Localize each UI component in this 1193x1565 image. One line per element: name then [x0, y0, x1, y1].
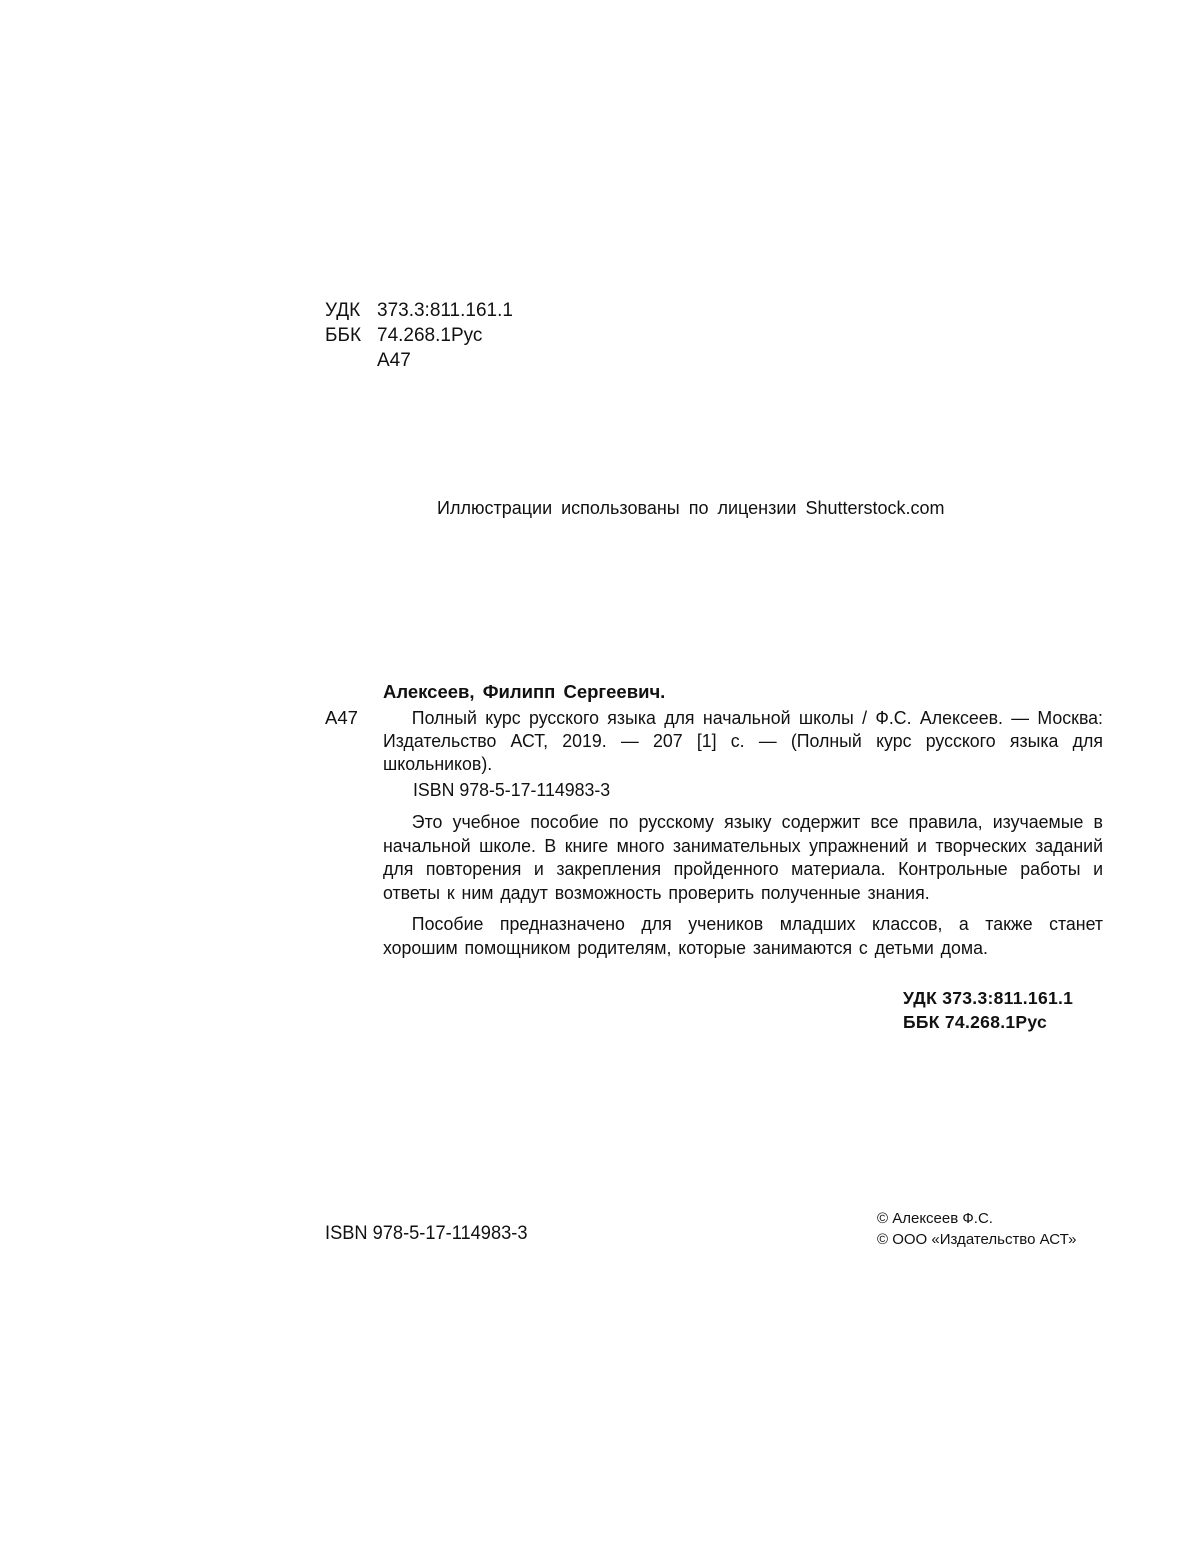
bbk-label: ББК [325, 323, 377, 348]
copyright-author: © Алексеев Ф.С. [877, 1208, 1076, 1229]
udk-value: 373.3:811.161.1 [377, 300, 513, 321]
udk-label: УДК [325, 298, 377, 323]
abstract-paragraph: Это учебное пособие по русскому языку со… [383, 810, 1103, 904]
abstract-paragraph: Пособие предназначено для учеников младш… [383, 912, 1103, 959]
isbn-footer: ISBN 978-5-17-114983-3 [325, 1222, 527, 1246]
author-heading: Алексеев, Филипп Сергеевич. [383, 680, 665, 703]
bbk-value: 74.268.1Рус [377, 325, 482, 346]
udk-row: УДК373.3:811.161.1 [325, 298, 513, 323]
isbn-entry: ISBN 978-5-17-114983-3 [413, 778, 610, 801]
bibliographic-entry: Полный курс русского языка для начальной… [383, 706, 1103, 775]
author-mark-top: А47 [325, 348, 513, 373]
author-mark: А47 [325, 706, 358, 729]
copyright-publisher: © ООО «Издательство АСТ» [877, 1229, 1076, 1250]
license-note: Иллюстрации использованы по лицензии Shu… [437, 496, 945, 520]
abstract: Это учебное пособие по русскому языку со… [383, 810, 1103, 967]
bbk-bold: ББК 74.268.1Рус [903, 1010, 1073, 1034]
classification-block-top: УДК373.3:811.161.1 ББК74.268.1Рус А47 [325, 298, 513, 373]
udk-bold: УДК 373.3:811.161.1 [903, 986, 1073, 1010]
bbk-row: ББК74.268.1Рус [325, 323, 513, 348]
imprint-page: УДК373.3:811.161.1 ББК74.268.1Рус А47 Ил… [0, 0, 1193, 1565]
classification-block-bottom: УДК 373.3:811.161.1 ББК 74.268.1Рус [903, 986, 1073, 1034]
copyright-block: © Алексеев Ф.С. © ООО «Издательство АСТ» [877, 1208, 1076, 1250]
